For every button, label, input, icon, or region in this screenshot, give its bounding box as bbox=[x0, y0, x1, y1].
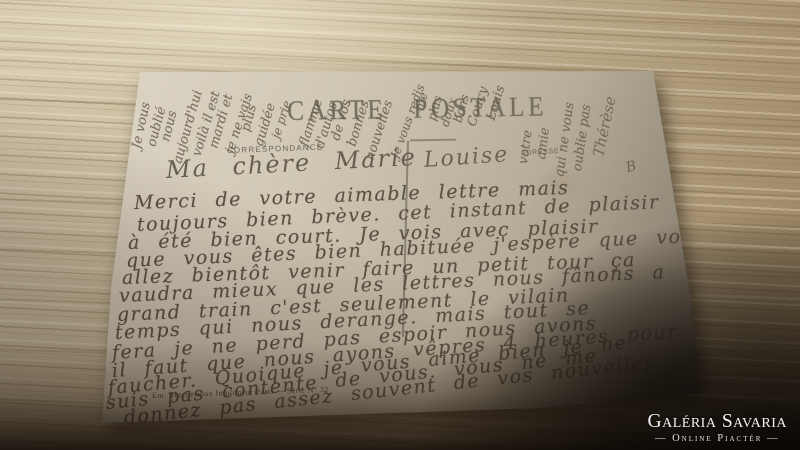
scribble-fragment: amie bbox=[535, 127, 552, 160]
addressee-text: Louise bbox=[423, 144, 510, 172]
postcard: CARTEPOSTALE CORRESPONDANCE ADRESSE Ma c… bbox=[0, 0, 800, 450]
initial-mark: B bbox=[624, 159, 638, 175]
signature-text: Thérèse bbox=[591, 95, 618, 158]
watermark-title: Galéria Savaria bbox=[648, 411, 787, 433]
watermark-subtitle: — Online Piactér — bbox=[648, 433, 787, 444]
postcard-surface: CARTEPOSTALE CORRESPONDANCE ADRESSE Ma c… bbox=[0, 0, 800, 450]
photo-scene: CARTEPOSTALE CORRESPONDANCE ADRESSE Ma c… bbox=[0, 0, 800, 450]
scribble-fragment: votre bbox=[517, 129, 535, 165]
address-divider-top-bar bbox=[410, 139, 456, 141]
watermark: Galéria Savaria — Online Piactér — bbox=[648, 411, 787, 444]
